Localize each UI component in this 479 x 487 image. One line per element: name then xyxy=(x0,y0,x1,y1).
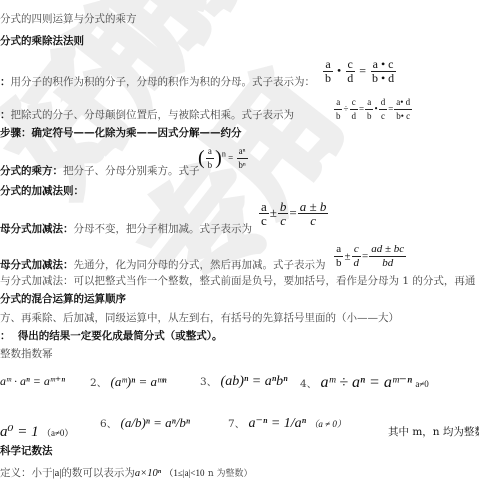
exponent-heading: 整数指数幂 xyxy=(0,347,53,361)
mixed-order-text: 方、再乘除、后加减，同级运算中，从左到右，有括号的先算括号里面的（小——大） xyxy=(0,311,399,325)
power-rule: 分式的乘方：把分子、分母分别乘方。式子 xyxy=(0,164,200,178)
document-page: 好朋教师专用 分式的四则运算与分式的乘方 分式的乘除法法则 ：用分子的积作为积的… xyxy=(0,0,479,487)
div-rule-text: ：把除式的分子、分母颠倒位置后，与被除式相乘。式子表示为 xyxy=(0,108,294,122)
integer-fraction-rule: 与分式加减法：可以把整式当作一个整数，整式前面是负号，要加括号，看作是分母为 1… xyxy=(0,274,475,288)
exponent-rule-4: 4、 aᵐ ÷ aⁿ = aᵐ⁻ⁿ a≠0 xyxy=(300,372,429,392)
sci-definition: 定义：小于|a|的数可以表示为a×10ⁿ （1≤|a|<10 n 为整数） xyxy=(0,466,253,481)
exponent-rule-1: aᵐ · aⁿ = aᵐ⁺ⁿ xyxy=(0,374,65,389)
exponent-rule-5: a⁰ = 1 （a≠0） xyxy=(0,422,73,441)
div-formula: ab÷cd=ab•dc=a• db• c xyxy=(333,96,413,123)
power-formula: (ab)n = aⁿbⁿ xyxy=(198,145,249,172)
exponent-footnote: 其中 m，n 均为整数 xyxy=(388,424,479,439)
same-denominator-formula: ac±bc=a ± bc xyxy=(258,200,329,227)
mult-div-heading: 分式的乘除法法则 xyxy=(0,34,84,48)
mixed-note: ： 得出的结果一定要化成最简分式（或整式）。 xyxy=(0,329,223,343)
mult-formula: ab • cd = a • cb • d xyxy=(322,58,397,85)
diff-denominator-rule: 母分式加减法：先通分，化为同分母的分式，然后再加减。式子表示为 xyxy=(0,258,326,272)
diff-denominator-formula: ab±cd=ad ± bcbd xyxy=(333,243,407,270)
mixed-heading: 分式的混合运算的运算顺序 xyxy=(0,292,126,306)
exponent-rule-6: 6、 (a/b)ⁿ = aⁿ/bⁿ xyxy=(100,415,190,431)
exponent-rule-2: 2、 (aᵐ)ⁿ = aᵐⁿ xyxy=(90,374,167,390)
mult-rule-text: ：用分子的积作为积的分子，分母的积作为积的分母。式子表示为： xyxy=(0,75,315,89)
exponent-rule-7: 7、 a⁻ⁿ = 1/aⁿ （a ≠ 0） xyxy=(228,415,346,432)
section-title: 分式的四则运算与分式的乘方 xyxy=(0,12,137,26)
steps-line: 步骤：确定符号——化除为乘——因式分解——约分 xyxy=(0,126,242,140)
sci-heading: 科学记数法 xyxy=(0,444,53,458)
same-denominator-rule: 母分式加减法：分母不变，把分子相加减。式子表示为 xyxy=(0,222,252,236)
exponent-rule-3: 3、 (ab)ⁿ = aⁿbⁿ xyxy=(200,374,288,390)
add-sub-heading: 分式的加减法则： xyxy=(0,184,84,198)
